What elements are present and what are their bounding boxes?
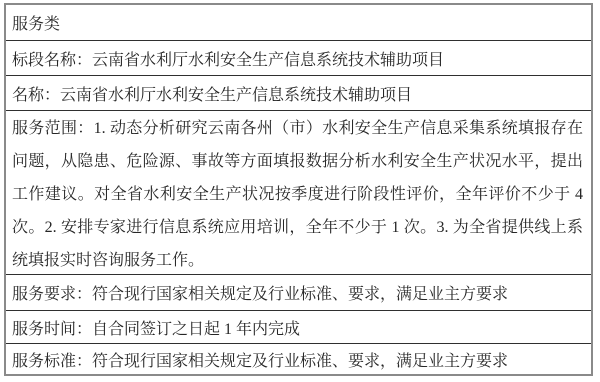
document-page: { "table": { "colors": { "background": "… (0, 0, 600, 382)
row-service-standard: 服务标准：符合现行国家相关规定及行业标准、要求，满足业主方要求 (6, 343, 591, 374)
service-info-table: 服务类 标段名称：云南省水利厅水利安全生产信息系统技术辅助项目 名称：云南省水利… (4, 3, 593, 376)
row-service-category: 服务类 (6, 5, 591, 40)
row-name: 名称：云南省水利厅水利安全生产信息系统技术辅助项目 (6, 75, 591, 110)
row-service-time: 服务时间：自合同签订之日起 1 年内完成 (6, 310, 591, 343)
row-bid-section-name: 标段名称：云南省水利厅水利安全生产信息系统技术辅助项目 (6, 40, 591, 75)
row-service-requirements: 服务要求：符合现行国家相关规定及行业标准、要求，满足业主方要求 (6, 274, 591, 310)
row-service-scope: 服务范围：1. 动态分析研究云南各州（市）水利安全生产信息采集系统填报存在问题，… (6, 110, 591, 274)
